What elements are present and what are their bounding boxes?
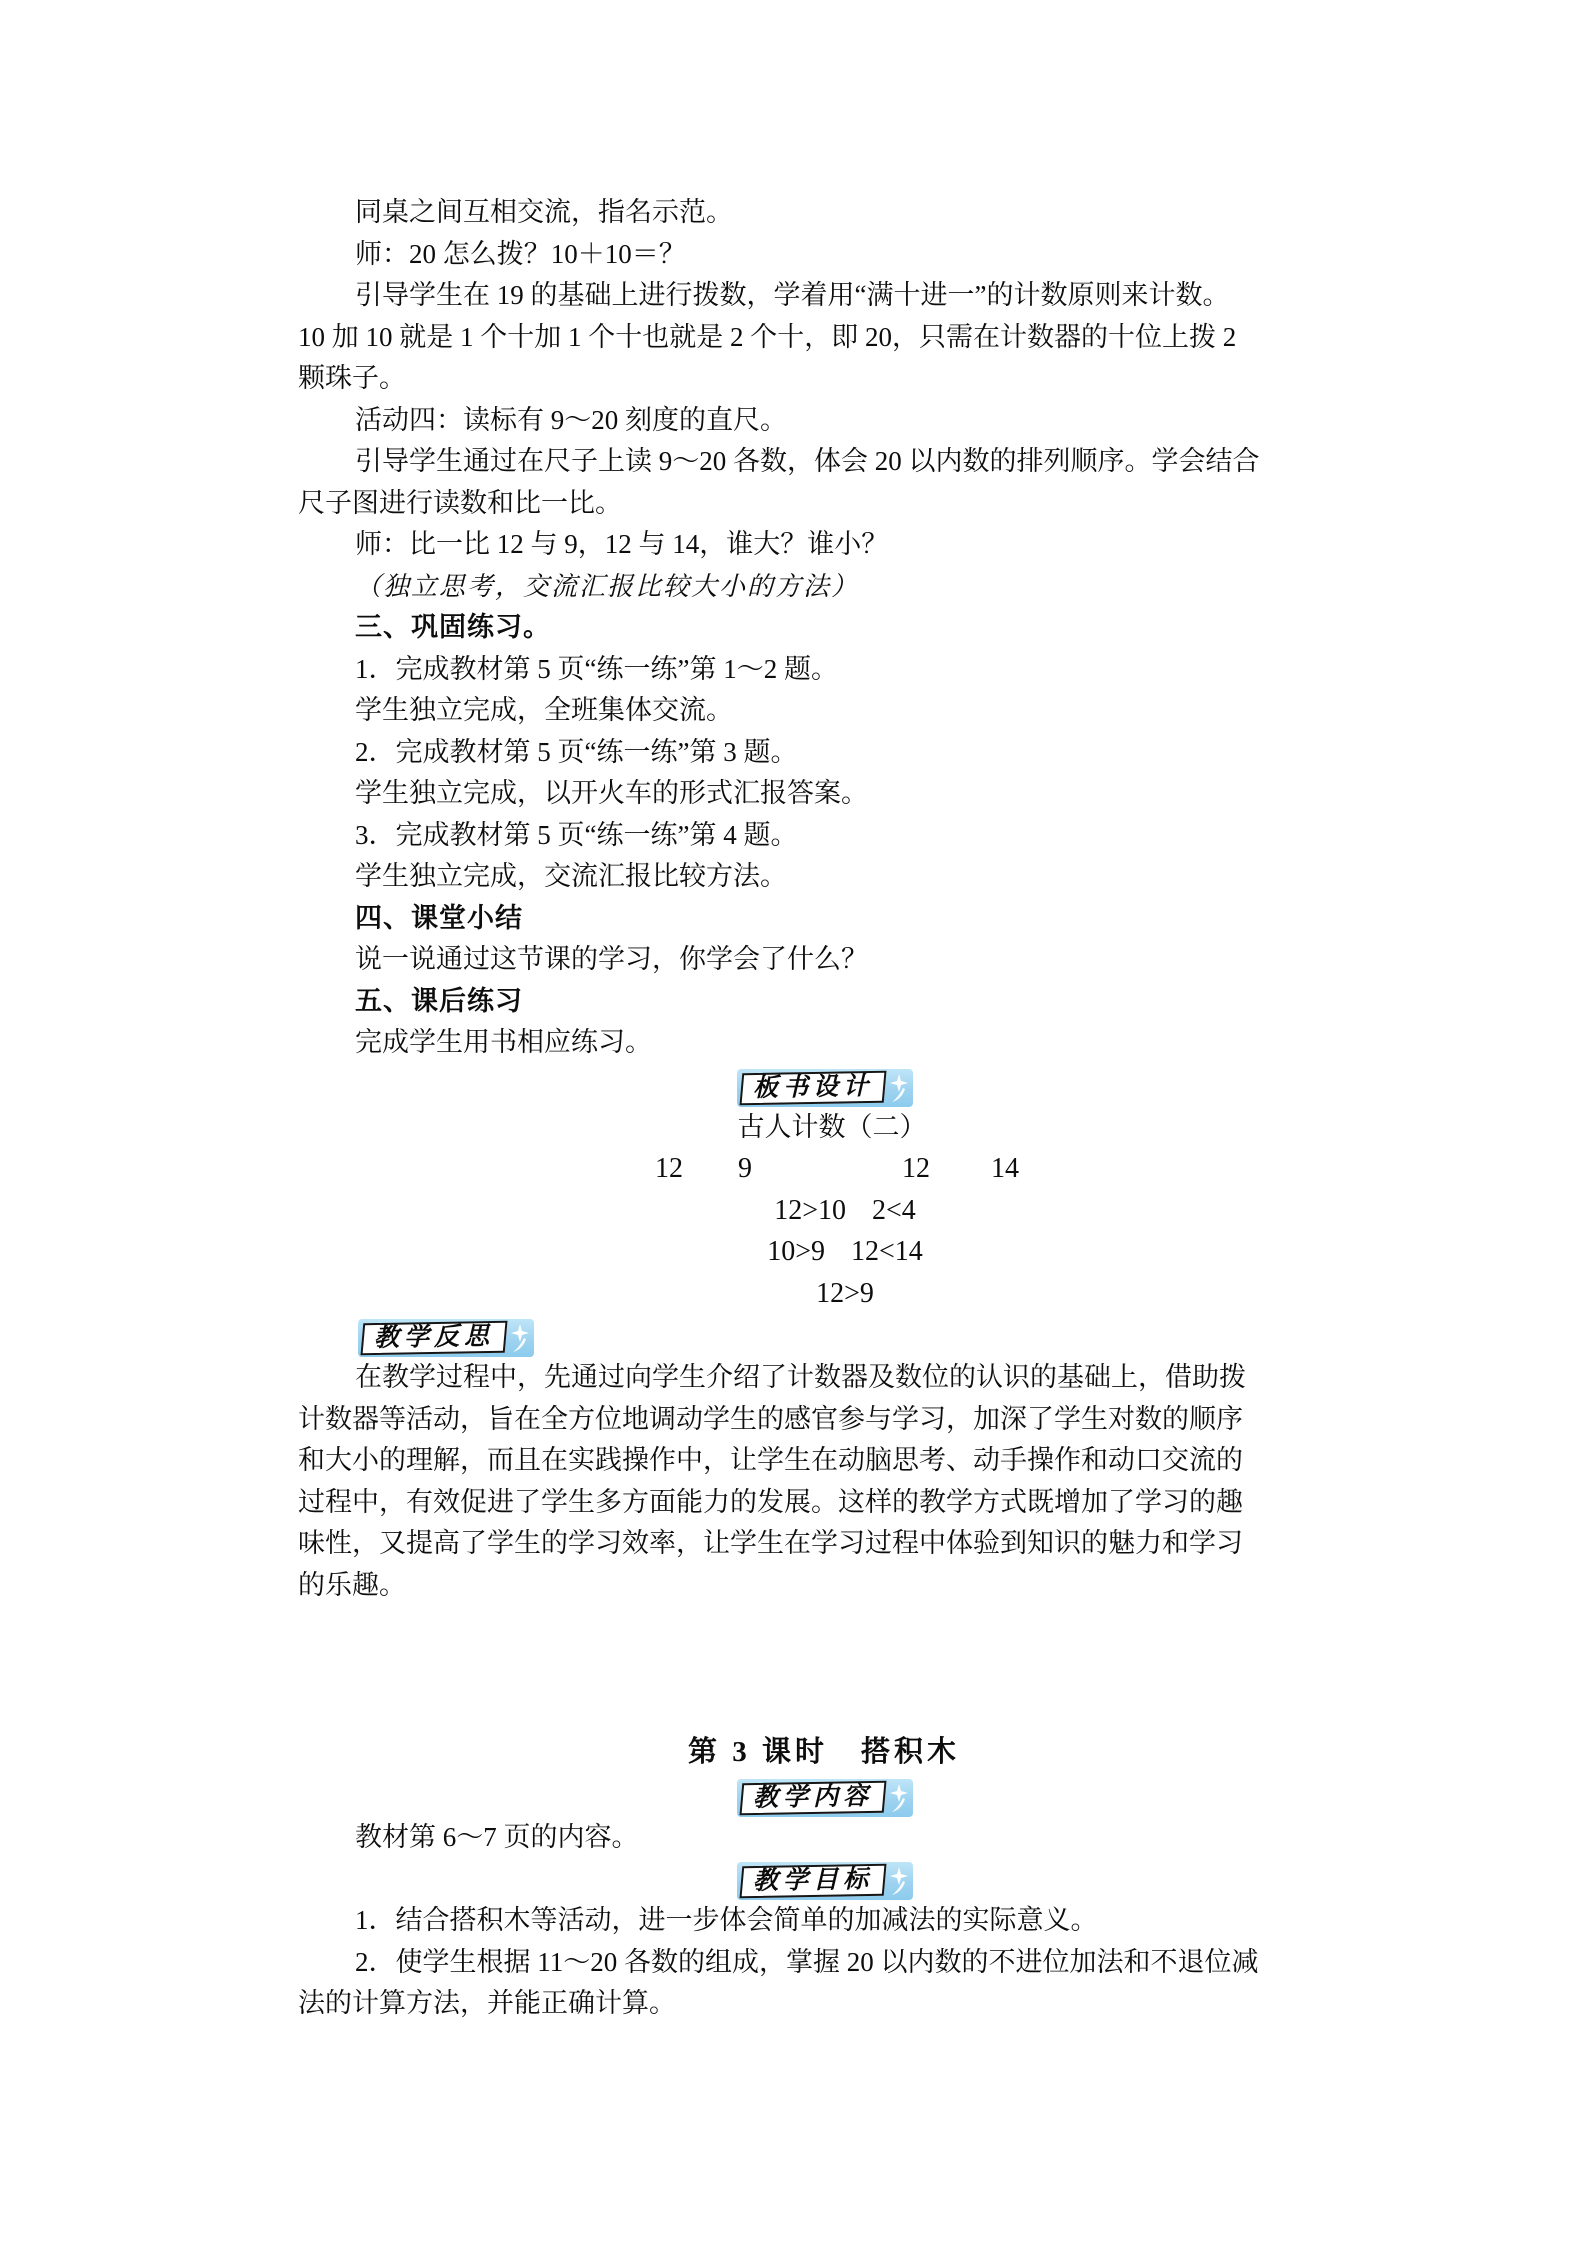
text-line: 2．使学生根据 11～20 各数的组成，掌握 20 以内数的不进位加法和不退位减	[298, 1942, 1320, 1984]
teaching-content-badge-row: 教学内容	[298, 1779, 1320, 1817]
text-line: 法的计算方法，并能正确计算。	[298, 1983, 1320, 2025]
text-line: 师：比一比 12 与 9，12 与 14，谁大？谁小？	[298, 524, 1320, 566]
board-number-row: 12 9 12 14	[298, 1148, 1320, 1190]
text-line: 计数器等活动，旨在全方位地调动学生的感官参与学习，加深了学生对数的顺序	[298, 1399, 1320, 1441]
comparison: 2<4	[872, 1195, 916, 1226]
text-line: 引导学生通过在尺子上读 9～20 各数，体会 20 以内数的排列顺序。学会结合	[298, 441, 1320, 483]
text-line: 过程中，有效促进了学生多方面能力的发展。这样的教学方式既增加了学习的趣	[298, 1482, 1320, 1524]
text-line: 颗珠子。	[298, 358, 1320, 400]
section-heading: 四、课堂小结	[298, 898, 1320, 940]
teaching-content-badge: 教学内容	[737, 1779, 913, 1817]
teaching-goals-badge: 教学目标	[737, 1862, 913, 1900]
feather-star-icon	[888, 1783, 910, 1813]
board-compare-row: 10>912<14	[298, 1231, 1320, 1273]
board-number: 12	[902, 1148, 930, 1190]
text-line: 味性，又提高了学生的学习效率，让学生在学习过程中体验到知识的魅力和学习	[298, 1523, 1320, 1565]
text-line: 在教学过程中，先通过向学生介绍了计数器及数位的认识的基础上，借助拨	[298, 1357, 1320, 1399]
text-line: 引导学生在 19 的基础上进行拨数，学着用“满十进一”的计数原则来计数。	[298, 275, 1320, 317]
reflection-badge-row: 教学反思	[298, 1319, 1320, 1357]
text-line: 说一说通过这节课的学习，你学会了什么？	[298, 939, 1320, 981]
section-heading: 三、巩固练习。	[298, 607, 1320, 649]
comparison: 12>10	[774, 1195, 846, 1226]
teaching-goals-badge-row: 教学目标	[298, 1862, 1320, 1900]
note-line: （独立思考，交流汇报比较大小的方法）	[298, 566, 1320, 608]
text-line: 完成学生用书相应练习。	[298, 1022, 1320, 1064]
section-heading: 五、课后练习	[298, 981, 1320, 1023]
text-line: 学生独立完成，以开火车的形式汇报答案。	[298, 773, 1320, 815]
badge-label: 教学内容	[753, 1782, 874, 1812]
feather-star-icon	[509, 1323, 531, 1353]
feather-star-icon	[888, 1073, 910, 1103]
comparison: 12<14	[851, 1236, 923, 1267]
text-line: 和大小的理解，而且在实践操作中，让学生在动脑思考、动手操作和动口交流的	[298, 1440, 1320, 1482]
board-number: 9	[738, 1148, 752, 1190]
comparison: 10>9	[767, 1236, 825, 1267]
badge-label: 教学目标	[753, 1866, 874, 1896]
badge-label: 教学反思	[374, 1323, 495, 1353]
document-page: 同桌之间互相交流，指名示范。 师：20 怎么拨？10＋10＝？ 引导学生在 19…	[0, 0, 1587, 2245]
badge-panel: 教学目标	[739, 1864, 886, 1899]
board-number: 14	[991, 1148, 1019, 1190]
text-line: 同桌之间互相交流，指名示范。	[298, 192, 1320, 234]
text-line: 师：20 怎么拨？10＋10＝？	[298, 234, 1320, 276]
text-line: 教材第 6～7 页的内容。	[298, 1817, 1320, 1859]
lesson-title: 第 3 课时 搭积木	[298, 1732, 1320, 1774]
badge-panel: 板书设计	[739, 1070, 886, 1105]
text-line: 学生独立完成，全班集体交流。	[298, 690, 1320, 732]
board-design-badge: 板书设计	[737, 1069, 913, 1107]
board-compare-row: 12>9	[298, 1273, 1320, 1315]
board-compare-row: 12>102<4	[298, 1190, 1320, 1232]
board-title: 古人计数（二）	[298, 1107, 1320, 1149]
text-line: 1．完成教材第 5 页“练一练”第 1～2 题。	[298, 649, 1320, 691]
badge-panel: 教学反思	[360, 1321, 507, 1356]
board-number: 12	[655, 1148, 683, 1190]
teaching-reflection-badge: 教学反思	[358, 1319, 534, 1357]
comparison: 12>9	[816, 1278, 874, 1309]
text-line: 活动四：读标有 9～20 刻度的直尺。	[298, 400, 1320, 442]
text-line: 3．完成教材第 5 页“练一练”第 4 题。	[298, 815, 1320, 857]
feather-star-icon	[888, 1866, 910, 1896]
text-line: 的乐趣。	[298, 1565, 1320, 1607]
text-line: 2．完成教材第 5 页“练一练”第 3 题。	[298, 732, 1320, 774]
text-line: 尺子图进行读数和比一比。	[298, 483, 1320, 525]
text-line: 1．结合搭积木等活动，进一步体会简单的加减法的实际意义。	[298, 1900, 1320, 1942]
page-content: 同桌之间互相交流，指名示范。 师：20 怎么拨？10＋10＝？ 引导学生在 19…	[298, 192, 1320, 2025]
badge-panel: 教学内容	[739, 1780, 886, 1815]
badge-label: 板书设计	[753, 1072, 874, 1102]
text-line: 学生独立完成，交流汇报比较方法。	[298, 856, 1320, 898]
text-line: 10 加 10 就是 1 个十加 1 个十也就是 2 个十，即 20，只需在计数…	[298, 317, 1320, 359]
board-design-badge-row: 板书设计	[298, 1069, 1320, 1107]
